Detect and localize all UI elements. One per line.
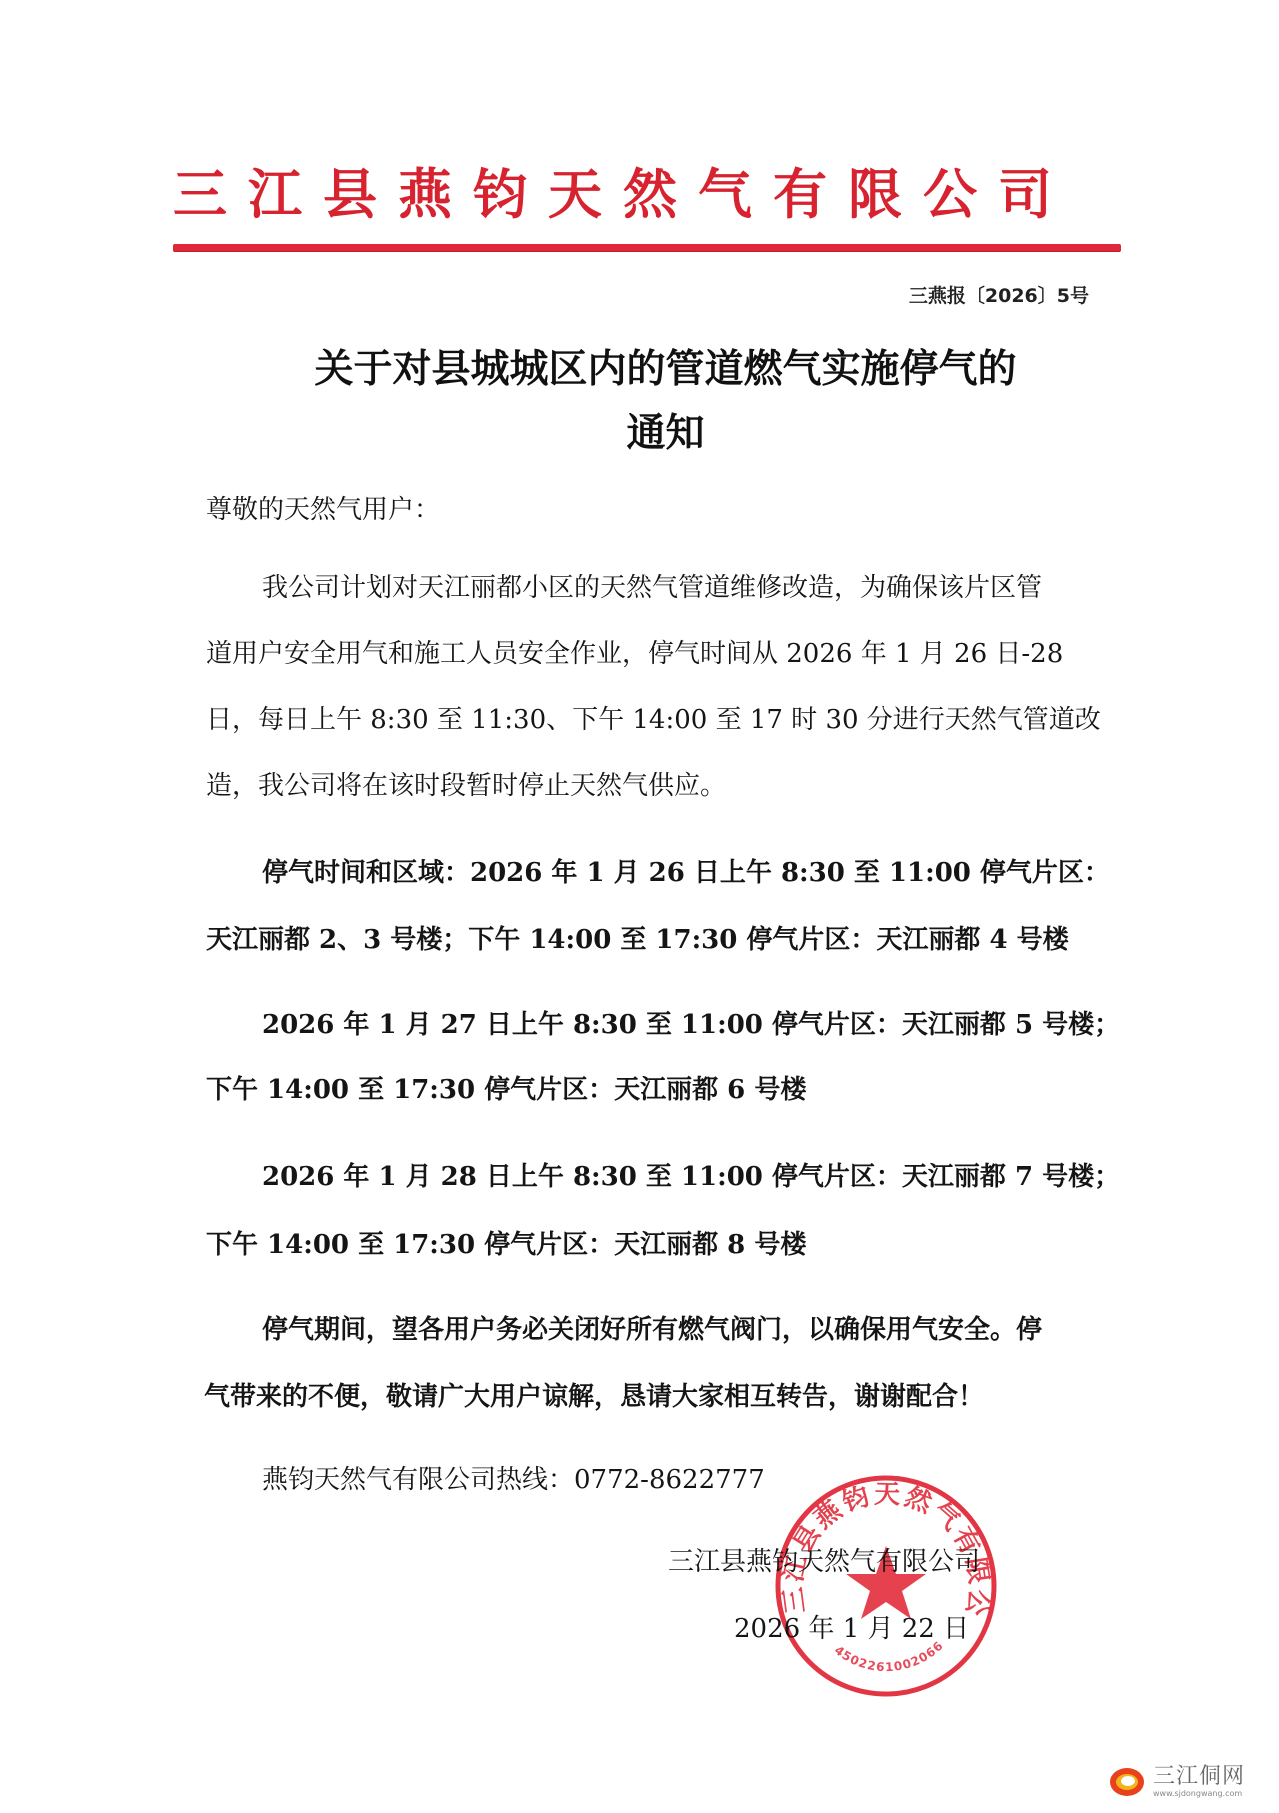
schedule-day2-line-1: 2026 年 1 月 27 日上午 8:30 至 11:00 停气片区：天江丽都…	[262, 1008, 1120, 1042]
watermark-site-url: www.sjdongwang.com	[1153, 1790, 1245, 1798]
signature-date: 2026 年 1 月 22 日	[734, 1612, 969, 1646]
watermark-logo-icon	[1107, 1764, 1147, 1800]
letterhead-red-rule	[173, 244, 1121, 251]
schedule-day2-line-2: 下午 14:00 至 17:30 停气片区：天江丽都 6 号楼	[206, 1073, 806, 1107]
hotline-text: 燕钧天然气有限公司热线：0772-8622777	[262, 1463, 765, 1497]
intro-line-2: 道用户安全用气和施工人员安全作业，停气时间从 2026 年 1 月 26 日-2…	[206, 637, 1063, 671]
watermark-site-name: 三江侗网	[1153, 1766, 1245, 1788]
letterhead-company-name: 三江县燕钧天然气有限公司	[173, 160, 1023, 230]
salutation: 尊敬的天然气用户：	[206, 493, 440, 527]
notice-title-line-1: 关于对县城城区内的管道燃气实施停气的	[0, 338, 1279, 394]
notice-title-line-2: 通知	[0, 402, 1279, 458]
signature-company: 三江县燕钧天然气有限公司	[668, 1545, 980, 1579]
official-seal-icon: 三江县燕钧天然气有限公司 4502261002066	[768, 1468, 1004, 1704]
intro-line-1: 我公司计划对天江丽都小区的天然气管道维修改造，为确保该片区管	[262, 571, 1042, 605]
site-watermark: 三江侗网 www.sjdongwang.com	[1107, 1759, 1267, 1805]
schedule-day3-line-2: 下午 14:00 至 17:30 停气片区：天江丽都 8 号楼	[206, 1228, 806, 1262]
closing-line-1: 停气期间，望各用户务必关闭好所有燃气阀门，以确保用气安全。停	[262, 1313, 1042, 1347]
closing-line-2: 气带来的不便，敬请广大用户谅解，恳请大家相互转告，谢谢配合！	[204, 1380, 984, 1414]
intro-line-3: 日，每日上午 8:30 至 11:30、下午 14:00 至 17 时 30 分…	[206, 703, 1101, 737]
intro-line-4: 造，我公司将在该时段暂时停止天然气供应。	[206, 769, 726, 803]
schedule-day1-line-2: 天江丽都 2、3 号楼；下午 14:00 至 17:30 停气片区：天江丽都 4…	[206, 923, 1069, 957]
document-number: 三燕报〔2026〕5号	[909, 281, 1089, 308]
schedule-day3-line-1: 2026 年 1 月 28 日上午 8:30 至 11:00 停气片区：天江丽都…	[262, 1160, 1120, 1194]
schedule-day1-line-1: 停气时间和区域：2026 年 1 月 26 日上午 8:30 至 11:00 停…	[262, 856, 1110, 890]
